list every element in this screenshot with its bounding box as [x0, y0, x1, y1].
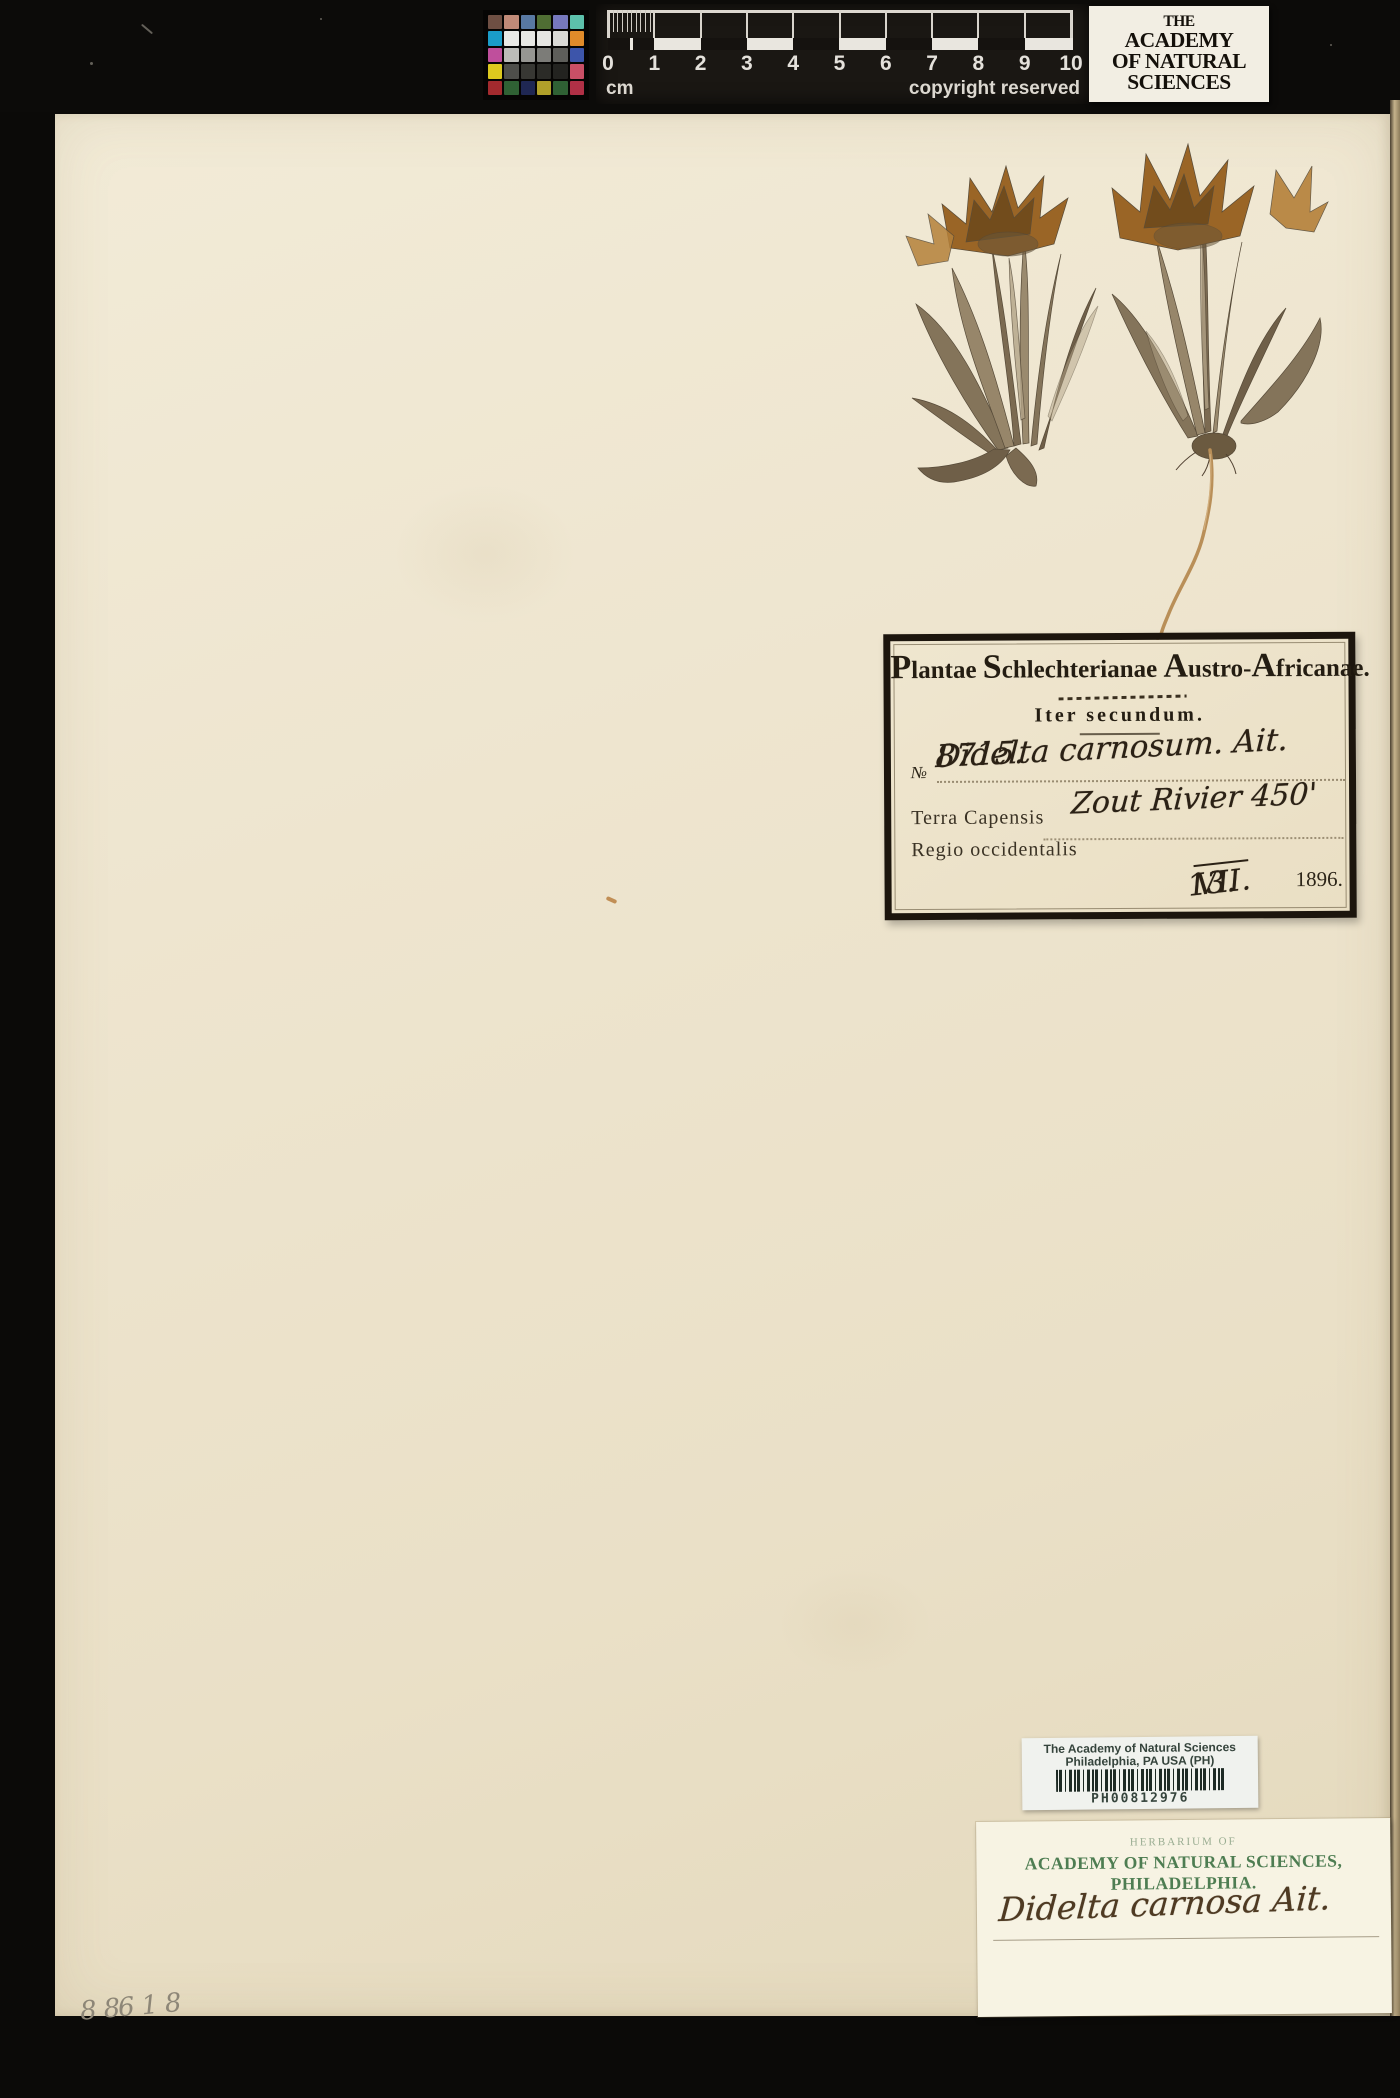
dust-speck: [320, 18, 322, 20]
herbarium-specimen-photograph: cm copyright reserved 012345678910 THEAC…: [0, 0, 1400, 2098]
color-chip: [504, 48, 518, 62]
color-chip: [570, 48, 584, 62]
color-chip: [553, 64, 567, 78]
color-chip: [537, 15, 551, 29]
color-chip: [488, 64, 502, 78]
color-chip: [488, 31, 502, 45]
ruler-number: 7: [926, 52, 938, 76]
title-text: fricanae.: [1276, 655, 1370, 682]
scale-block: [608, 38, 630, 50]
species-name: Didelta carnosum. Ait.: [935, 722, 1289, 775]
ruler-number: 8: [973, 52, 985, 76]
title-flourish: [1059, 695, 1187, 701]
mm-tick: [622, 10, 623, 32]
color-chip: [553, 48, 567, 62]
ruler-number: 1: [648, 52, 660, 76]
color-chip: [521, 15, 535, 29]
ruler-block-strip: [608, 38, 1073, 50]
color-chip: [570, 15, 584, 29]
color-chip: [570, 31, 584, 45]
ruler-number: 6: [880, 52, 892, 76]
color-calibration-chart: [483, 10, 589, 100]
barcode-label: The Academy of Natural Sciences Philadel…: [1022, 1736, 1259, 1810]
color-chip: [537, 48, 551, 62]
left-plant: [906, 166, 1098, 486]
mm-tick: [636, 10, 637, 32]
color-chip: [504, 64, 518, 78]
ruler-number: 5: [834, 52, 846, 76]
title-text: ustro-: [1188, 655, 1252, 682]
label-title: Plantae Schlechterianae Austro-Africanae…: [890, 653, 1348, 685]
color-chip: [488, 15, 502, 29]
color-chip: [521, 64, 535, 78]
color-chip: [521, 31, 535, 45]
sheet-edge-sliver: [1390, 100, 1400, 2016]
ruler-number: 4: [787, 52, 799, 76]
paper-stain: [355, 454, 615, 654]
scale-block: [701, 38, 747, 50]
title-initial: A: [1251, 647, 1276, 684]
mm-tick: [617, 10, 618, 32]
title-initial: A: [1163, 648, 1188, 685]
cm-tick: [792, 10, 794, 38]
color-chip: [504, 81, 518, 95]
cm-tick: [1070, 10, 1072, 38]
scale-block: [633, 38, 655, 50]
color-chip: [570, 81, 584, 95]
color-chip: [553, 81, 567, 95]
cm-tick: [653, 10, 655, 38]
color-chip: [521, 81, 535, 95]
mm-tick: [650, 10, 651, 32]
mm-tick: [613, 10, 614, 32]
ruler-number: 0: [602, 52, 614, 76]
dust-speck: [141, 24, 153, 35]
cm-scale-ruler: cm copyright reserved 012345678910: [596, 4, 1092, 104]
number-sign: №: [911, 763, 927, 783]
dust-speck: [1330, 44, 1332, 46]
root: [1161, 450, 1212, 635]
ruler-number: 10: [1059, 52, 1082, 76]
scale-block: [978, 38, 1024, 50]
ruler-number: 9: [1019, 52, 1031, 76]
date-day: 13.: [1186, 864, 1237, 904]
right-plant: [1112, 144, 1328, 644]
mm-tick: [631, 10, 632, 32]
cm-tick: [607, 10, 609, 38]
cm-tick: [700, 10, 702, 38]
barcode-location-line: Philadelphia, PA USA (PH): [1022, 1753, 1258, 1769]
pencil-number-left: 88: [79, 1993, 129, 2027]
color-chip: [521, 48, 535, 62]
color-chip: [537, 81, 551, 95]
academy-plate-line: ACADEMY: [1089, 30, 1269, 51]
ruler-tick-strip: [608, 10, 1073, 38]
ruler-number: 2: [695, 52, 707, 76]
color-chip: [504, 15, 518, 29]
cm-tick: [977, 10, 979, 38]
top-bar: cm copyright reserved 012345678910 THEAC…: [0, 0, 1400, 112]
color-chip: [488, 48, 502, 62]
color-chip: [537, 31, 551, 45]
printed-year: 1896.: [1295, 867, 1342, 892]
color-chip: [553, 15, 567, 29]
handwritten-date: 13.VII.: [1186, 862, 1252, 904]
scale-block: [793, 38, 839, 50]
barcode-number: PH00812976: [1022, 1790, 1258, 1807]
title-text: lantae: [911, 657, 983, 684]
mm-tick: [645, 10, 646, 32]
herbarium-determination-label: HERBARIUM OF ACADEMY OF NATURAL SCIENCES…: [976, 1818, 1392, 2017]
cm-tick: [1024, 10, 1026, 38]
barcode: [1056, 1768, 1224, 1792]
color-chip: [488, 81, 502, 95]
color-chip: [504, 31, 518, 45]
color-chip: [570, 64, 584, 78]
cm-tick: [839, 10, 841, 38]
title-initial: S: [983, 649, 1002, 686]
title-initial: P: [890, 649, 911, 686]
ruler-unit-label: cm: [606, 78, 633, 100]
handwritten-locality: Zout Rivier 450': [1070, 777, 1318, 822]
color-chip: [537, 64, 551, 78]
ruler-number: 3: [741, 52, 753, 76]
cm-tick: [746, 10, 748, 38]
dust-speck: [90, 62, 93, 65]
academy-name-plate: THEACADEMYOF NATURALSCIENCES: [1089, 6, 1269, 102]
herbarium-of-text: HERBARIUM OF: [976, 1834, 1390, 1850]
ruler-copyright-text: copyright reserved: [909, 78, 1080, 100]
color-chip: [553, 31, 567, 45]
dotted-rule: [1043, 837, 1343, 841]
cm-tick: [885, 10, 887, 38]
terra-capensis-label: Terra Capensis: [911, 806, 1044, 830]
collection-label: Plantae Schlechterianae Austro-Africanae…: [883, 632, 1356, 920]
plant-specimens: [858, 116, 1348, 656]
paper-stain: [745, 1544, 965, 1704]
scale-block: [886, 38, 932, 50]
regio-occidentalis-label: Regio occidentalis: [911, 838, 1077, 862]
academy-plate-line: SCIENCES: [1089, 72, 1269, 93]
mm-tick: [627, 10, 628, 32]
cm-tick: [931, 10, 933, 38]
title-text: chlechterianae: [1002, 656, 1164, 684]
ruled-line: [993, 1936, 1379, 1941]
academy-plate-line: OF NATURAL: [1089, 51, 1269, 72]
mm-tick: [640, 10, 641, 32]
